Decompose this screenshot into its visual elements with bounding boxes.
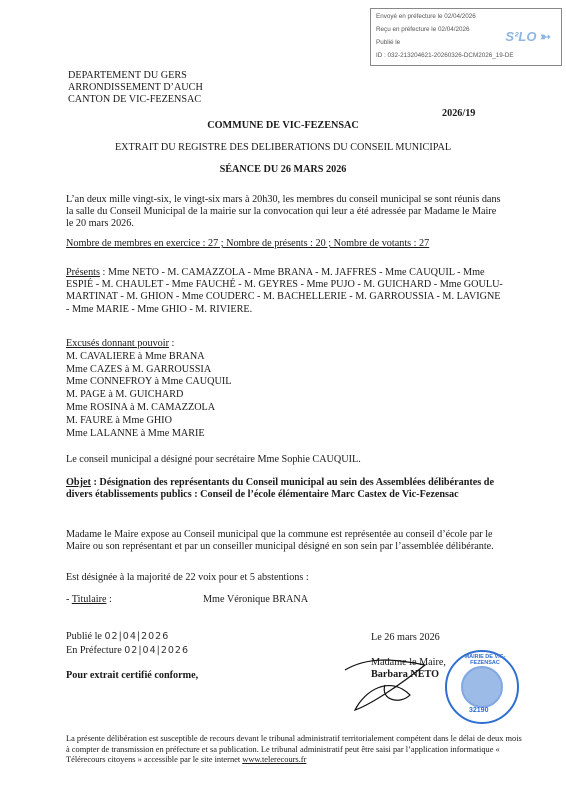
prefecture-line: En Préfecture 02|04|2026 xyxy=(66,645,189,656)
titulaire-value: Mme Véronique BRANA xyxy=(203,594,308,605)
proxy-item: Mme CAZES à M. GARROUSSIA xyxy=(66,364,231,377)
s2lo-logo: S²LO ➳ xyxy=(505,29,551,45)
proxy-item: Mme LALANNE à Mme MARIE xyxy=(66,428,231,441)
stamp-id: ID : 032-213204621-20260326-DCM2026_19-D… xyxy=(376,52,514,59)
vote-result: Est désignée à la majorité de 22 voix po… xyxy=(66,572,506,584)
titulaire-label: Titulaire xyxy=(72,594,107,605)
prefecture-date-handwritten: 02|04|2026 xyxy=(124,645,189,656)
commune-title: COMMUNE DE VIC-FEZENSAC xyxy=(0,120,566,131)
published-line: Publié le 02|04|2026 xyxy=(66,631,169,642)
object-text: : Désignation des représentants du Conse… xyxy=(66,477,494,500)
object-label: Objet xyxy=(66,477,91,488)
prefecture-label: En Préfecture xyxy=(66,645,122,656)
handwritten-signature xyxy=(340,655,430,715)
transmission-stamp: Envoyé en préfecture le 02/04/2026 Reçu … xyxy=(370,8,562,66)
object-statement: Objet : Désignation des représentants du… xyxy=(66,477,516,501)
stamp-received: Reçu en préfecture le 02/04/2026 xyxy=(376,26,469,33)
proxy-item: M. FAURE à Mme GHIO xyxy=(66,415,231,428)
titulaire-line: - Titulaire : xyxy=(66,594,112,605)
telerecours-link[interactable]: www.telerecours.fr xyxy=(242,755,306,764)
member-counts: Nombre de membres en exercice : 27 ; Nom… xyxy=(66,238,506,250)
municipal-seal: MAIRIE DE VIC-FEZENSAC 32190 xyxy=(445,650,519,724)
present-members: Présents : Mme NETO - M. CAMAZZOLA - Mme… xyxy=(66,267,506,316)
excused-list: Excusés donnant pouvoir : M. CAVALIERE à… xyxy=(66,338,231,440)
proxy-item: Mme CONNEFROY à Mme CAUQUIL xyxy=(66,376,231,389)
excused-label: Excusés donnant pouvoir xyxy=(66,338,169,349)
intro-paragraph: L’an deux mille vingt-six, le vingt-six … xyxy=(66,194,506,231)
legal-notice: La présente délibération est susceptible… xyxy=(66,734,526,766)
canton: CANTON DE VIC-FEZENSAC xyxy=(68,94,203,106)
proxy-item: Mme ROSINA à M. CAMAZZOLA xyxy=(66,402,231,415)
administrative-header: DEPARTEMENT DU GERS ARRONDISSEMENT D’AUC… xyxy=(68,70,203,106)
published-date-handwritten: 02|04|2026 xyxy=(104,631,169,642)
register-title: EXTRAIT DU REGISTRE DES DELIBERATIONS DU… xyxy=(0,142,566,153)
stamp-sent: Envoyé en préfecture le 02/04/2026 xyxy=(376,13,476,20)
stamp-published: Publié le xyxy=(376,39,400,46)
exposition-paragraph: Madame le Maire expose au Conseil munici… xyxy=(66,529,516,553)
deliberation-reference: 2026/19 xyxy=(442,108,475,119)
proxy-item: M. PAGE à M. GUICHARD xyxy=(66,389,231,402)
arrondissement: ARRONDISSEMENT D’AUCH xyxy=(68,82,203,94)
session-title: SÉANCE DU 26 MARS 2026 xyxy=(0,164,566,175)
certified-statement: Pour extrait certifié conforme, xyxy=(66,670,198,681)
published-label: Publié le xyxy=(66,631,102,642)
secretary-statement: Le conseil municipal a désigné pour secr… xyxy=(66,454,506,466)
present-list: : Mme NETO - M. CAMAZZOLA - Mme BRANA - … xyxy=(66,267,503,315)
proxy-item: M. CAVALIERE à Mme BRANA xyxy=(66,351,231,364)
department: DEPARTEMENT DU GERS xyxy=(68,70,203,82)
seal-emblem-icon xyxy=(461,666,503,708)
signature-date: Le 26 mars 2026 xyxy=(371,632,440,643)
present-label: Présents xyxy=(66,267,100,278)
